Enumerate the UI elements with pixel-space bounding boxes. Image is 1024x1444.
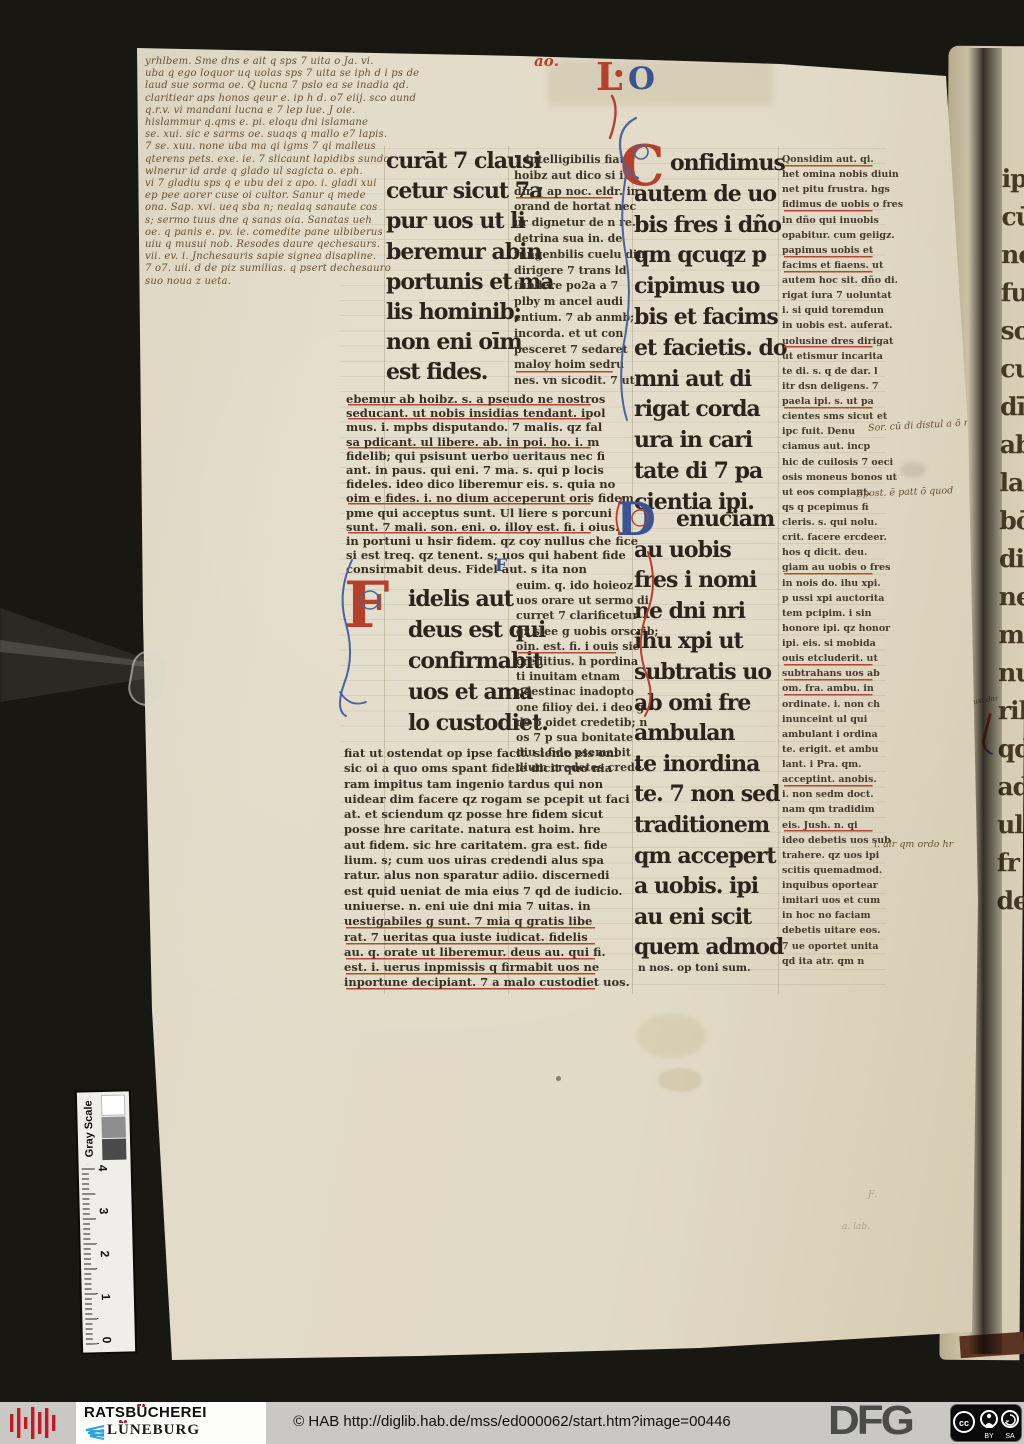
grayscale-calibration-ruler: Gray Scale 43210: [77, 1091, 135, 1352]
text-line: dic: [999, 540, 1024, 578]
text-line: la: [999, 464, 1024, 502]
text-line: bōn: [999, 502, 1024, 540]
footer-bar: RATSBÜCHEREI LÜNEBURG © HAB http://digli…: [0, 1402, 1024, 1444]
cc-sa-label: SA: [1005, 1433, 1015, 1440]
text-line: fu: [1001, 274, 1024, 312]
gray-patch-mid: [101, 1116, 126, 1138]
text-line: soē: [1000, 312, 1024, 350]
text-line: ab: [1000, 426, 1024, 464]
grayscale-label: Gray Scale: [82, 1084, 97, 1174]
cc-by-sa-badge[interactable]: cc BY SA: [950, 1404, 1022, 1442]
text-line: ip: [1002, 160, 1024, 198]
text-line: 1: [100, 1290, 112, 1304]
gray-patch-white: [101, 1095, 126, 1117]
text-line: 3: [98, 1204, 110, 1218]
manuscript-page: aō. Ŀ O yrhlbem. Sme dns e ait q sps 7 u…: [0, 0, 1024, 1444]
umlaut-dots-red: [137, 1404, 145, 1407]
text-line: neq: [999, 578, 1024, 616]
penwork-flourishes: [0, 0, 1024, 1444]
cc-by-sa-icons: cc BY SA: [951, 1405, 1021, 1441]
dfg-logo: DFG: [828, 1398, 912, 1444]
gray-patch-dark: [102, 1138, 127, 1160]
text-line: dī: [1000, 388, 1024, 426]
text-line: 4: [97, 1161, 109, 1175]
digitized-manuscript-viewer: ipcūnofusoēcudīablabōndicneqmunurilqdadu…: [0, 0, 1024, 1444]
text-line: cu: [1000, 350, 1024, 388]
svg-text:cc: cc: [959, 1418, 969, 1428]
text-line: cū: [1001, 198, 1024, 236]
text-line: 2: [99, 1247, 111, 1261]
text-line: mu: [998, 616, 1024, 654]
text-line: no: [1001, 236, 1024, 274]
text-line: 0: [101, 1333, 113, 1347]
cc-by-label: BY: [984, 1433, 994, 1440]
